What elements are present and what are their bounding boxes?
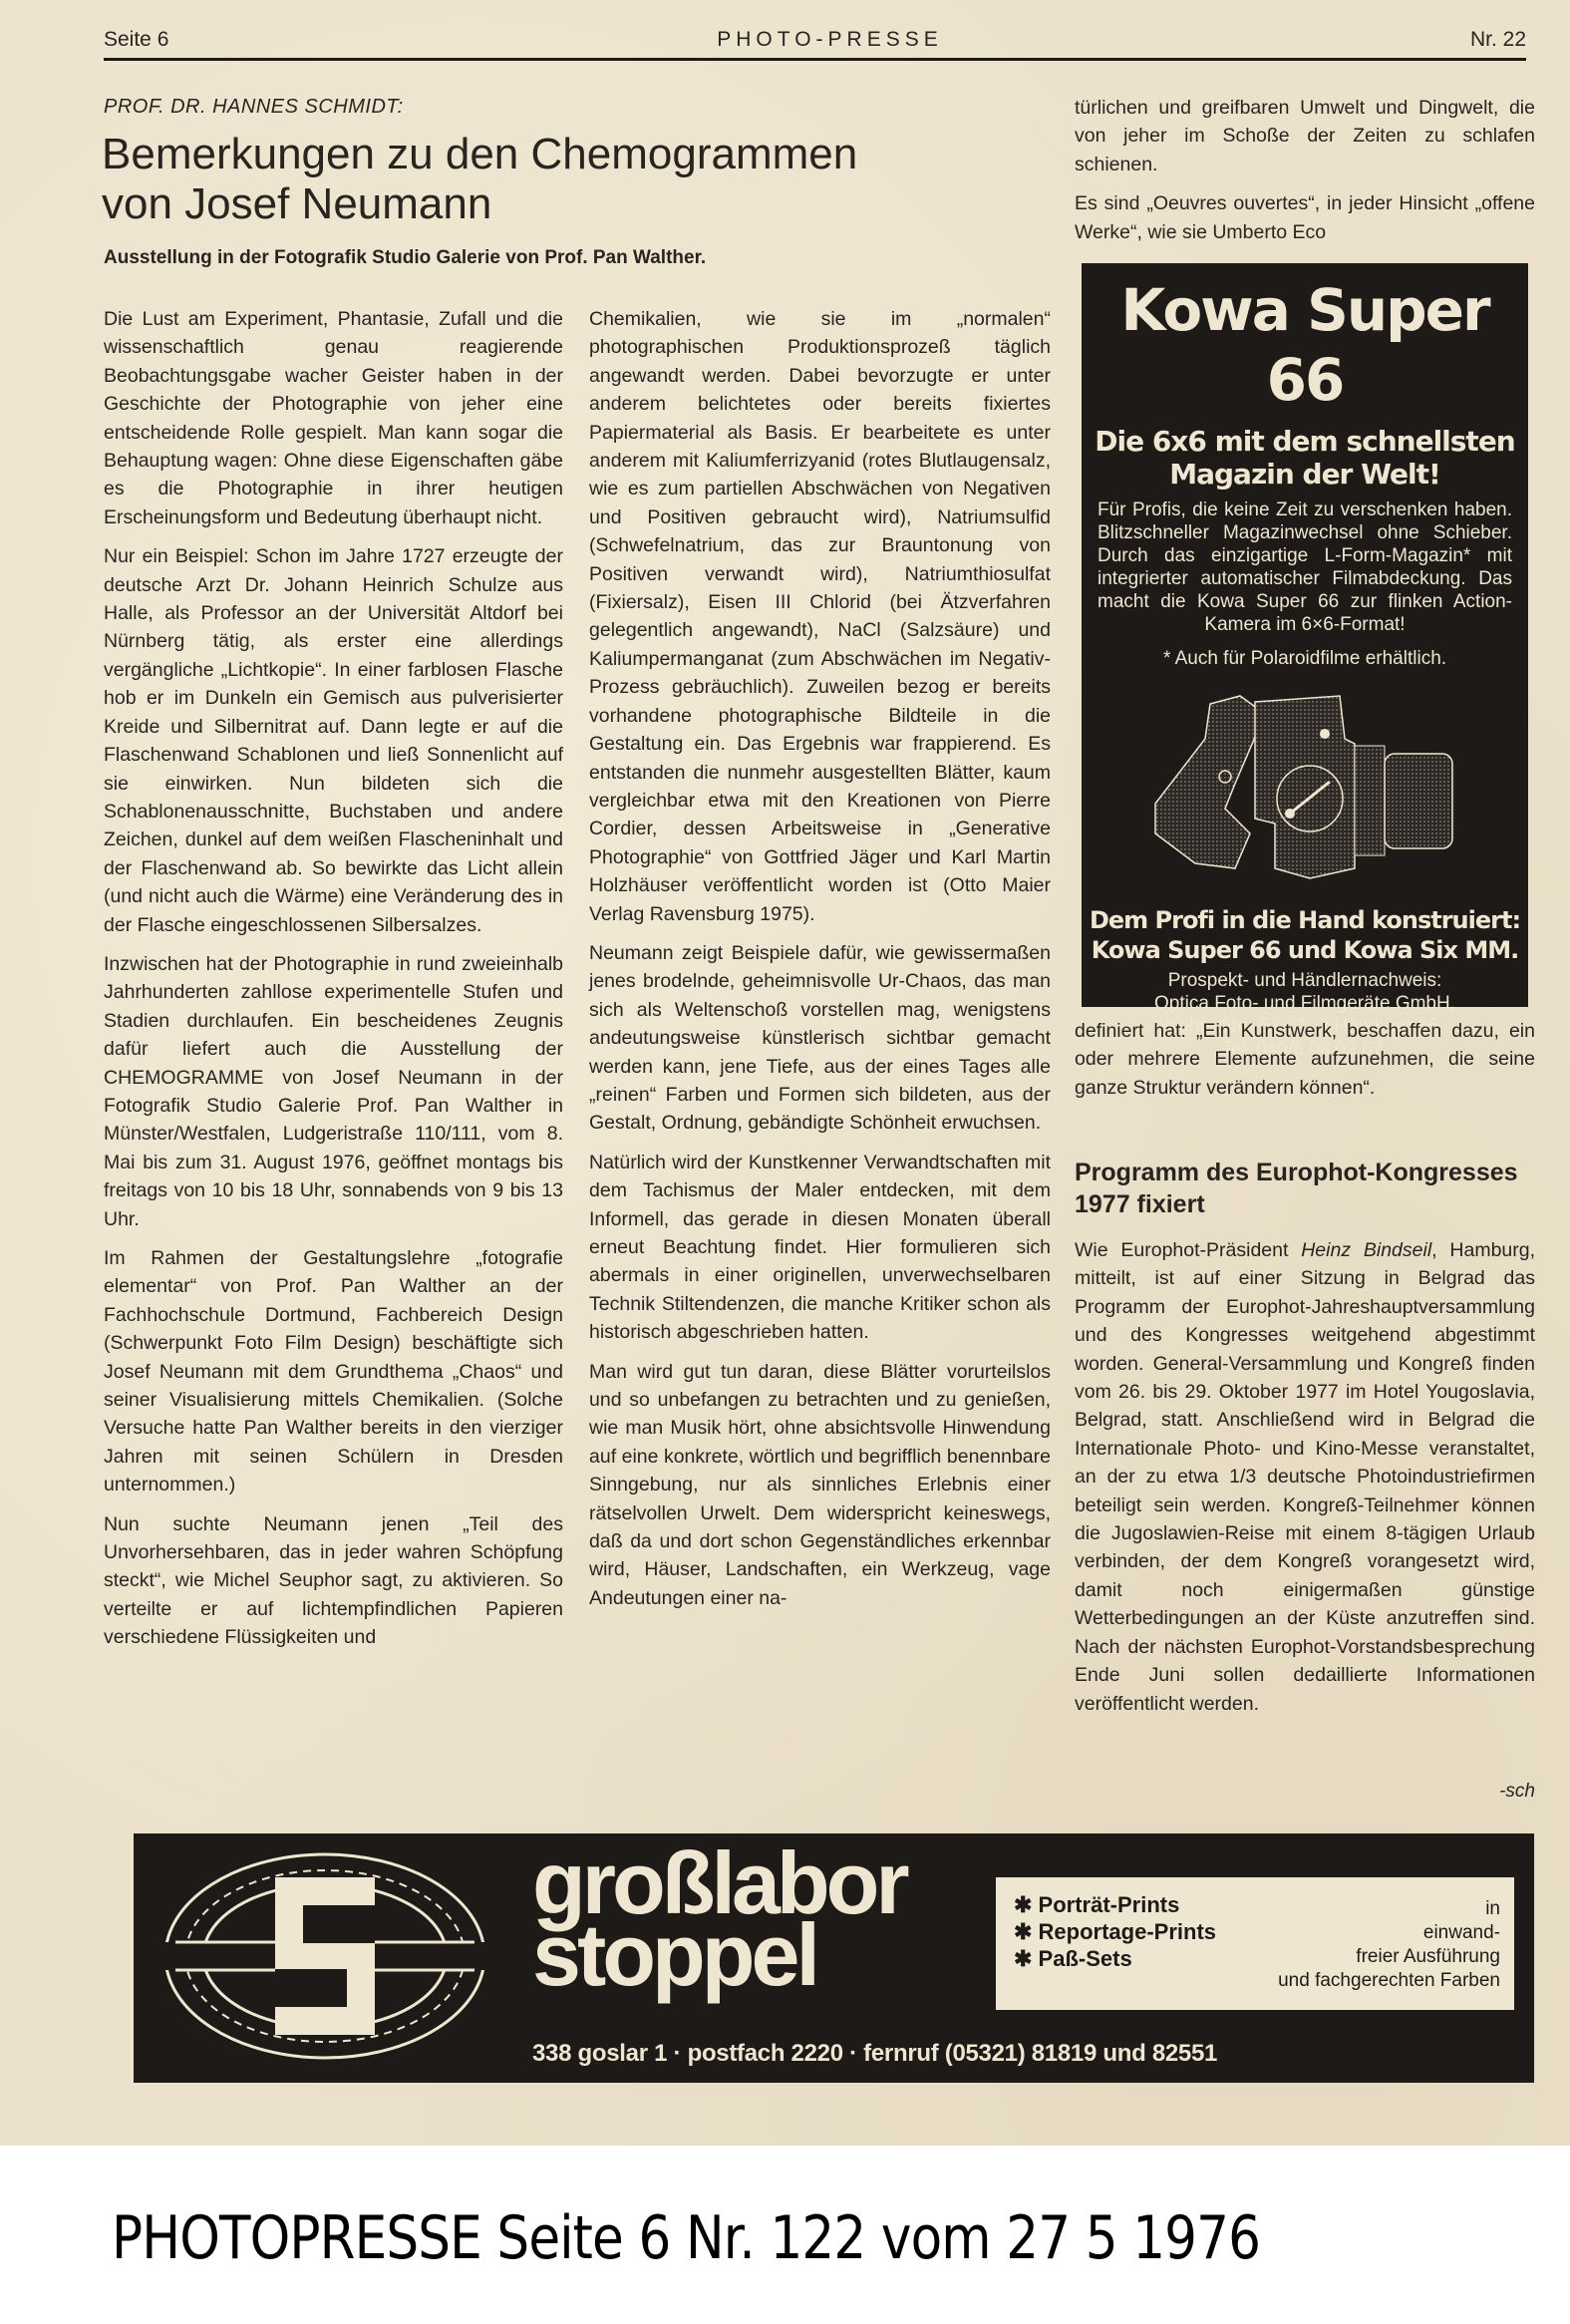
text: , Hamburg, mitteilt, ist auf einer Sitzu… [1075, 1239, 1535, 1715]
article-column-1: Die Lust am Experiment, Phantasie, Zufal… [104, 305, 563, 1663]
brand-line-2: stoppel [532, 1905, 816, 2004]
title-line-1: Bemerkungen zu den Chemogrammen [102, 130, 857, 178]
paragraph: Die Lust am Experiment, Phantasie, Zufal… [104, 305, 563, 531]
kowa-slogan: Dem Profi in die Hand konstruiert: Kowa … [1082, 905, 1528, 965]
paragraph: Natürlich wird der Kunstkenner Verwandts… [589, 1149, 1051, 1347]
article-byline: PROF. DR. HANNES SCHMIDT: [104, 96, 404, 119]
kowa-footnote: * Auch für Polaroidfilme erhältlich. [1082, 648, 1528, 670]
kowa-headline: Kowa Super 66 [1082, 275, 1528, 415]
article-subtitle: Ausstellung in der Fotografik Studio Gal… [104, 247, 706, 269]
note-line: und fachgerechten Farben [1278, 1969, 1500, 1993]
paragraph: Inzwischen hat der Photographie in rund … [104, 950, 563, 1233]
paragraph: Chemikalien, wie sie im „normalen“ photo… [589, 305, 1051, 928]
publication-name: PHOTO-PRESSE [104, 28, 1526, 52]
kowa-body: Für Profis, die keine Zeit zu verschenke… [1098, 498, 1512, 636]
note-line: in [1278, 1897, 1500, 1921]
paragraph: definiert hat: „Ein Kunstwerk, beschaffe… [1075, 1017, 1535, 1102]
paragraph: Man wird gut tun daran, diese Blätter vo… [589, 1358, 1051, 1613]
ad-address: 338 goslar 1 · postfach 2220 · fernruf (… [532, 2040, 1217, 2068]
europhot-article: Wie Europhot-Präsident Heinz Bindseil, H… [1075, 1236, 1535, 1729]
kowa-contact-line: Optica Foto- und Filmgeräte GmbH, [1154, 993, 1455, 1014]
note-line: einwand- [1278, 1921, 1500, 1945]
kowa-contact-line: Prospekt- und Händlernachweis: [1168, 970, 1442, 991]
person-name: Heinz Bindseil [1301, 1239, 1431, 1261]
article-column-3-top: türlichen und greifbaren Umwelt und Ding… [1075, 94, 1535, 257]
service-item: ✱ Reportage-Prints [1014, 1918, 1216, 1945]
paragraph: türlichen und greifbaren Umwelt und Ding… [1075, 94, 1535, 178]
page-header: Seite 6 PHOTO-PRESSE Nr. 22 [104, 28, 1526, 62]
archive-caption: PHOTOPRESSE Seite 6 Nr. 122 vom 27 5 197… [112, 2203, 1260, 2273]
note-line: freier Ausführung [1278, 1945, 1500, 1969]
stoppel-logo-icon [156, 1847, 494, 2065]
article-title: Bemerkungen zu den Chemogrammen von Jose… [102, 130, 959, 229]
paragraph: Wie Europhot-Präsident Heinz Bindseil, H… [1075, 1236, 1535, 1718]
kowa-tagline: Die 6x6 mit dem schnellsten Magazin der … [1082, 425, 1528, 491]
article-column-3-continued: definiert hat: „Ein Kunstwerk, beschaffe… [1075, 1017, 1535, 1113]
grosslabor-advertisement: großlabor stoppel ✱ Porträt-Prints ✱ Rep… [134, 1833, 1534, 2083]
quality-note: in einwand- freier Ausführung und fachge… [1278, 1897, 1500, 1993]
title-line-2: von Josef Neumann [102, 179, 491, 228]
kowa-slogan-line-2: Kowa Super 66 und Kowa Six MM. [1092, 936, 1518, 964]
paragraph: Es sind „Oeuvres ouvertes“, in jeder Hin… [1075, 189, 1535, 246]
service-item: ✱ Paß-Sets [1014, 1945, 1216, 1972]
service-list: ✱ Porträt-Prints ✱ Reportage-Prints ✱ Pa… [1014, 1891, 1216, 1972]
article-column-2: Chemikalien, wie sie im „normalen“ photo… [589, 305, 1051, 1623]
europhot-heading: Programm des Europhot-Kongresses 1977 fi… [1075, 1157, 1535, 1220]
paragraph: Nun suchte Neumann jenen „Teil des Unvor… [104, 1510, 563, 1652]
services-box: ✱ Porträt-Prints ✱ Reportage-Prints ✱ Pa… [996, 1877, 1514, 2010]
kowa-slogan-line-1: Dem Profi in die Hand konstruiert: [1090, 906, 1520, 934]
kowa-advertisement: Kowa Super 66 Die 6x6 mit dem schnellste… [1082, 263, 1528, 1007]
header-rule [104, 58, 1526, 61]
camera-photo-icon [1135, 684, 1474, 883]
author-signature: -sch [1415, 1781, 1535, 1803]
service-item: ✱ Porträt-Prints [1014, 1891, 1216, 1918]
paragraph: Neumann zeigt Beispiele dafür, wie gewis… [589, 939, 1051, 1138]
paragraph: Im Rahmen der Gestaltungslehre „fotograf… [104, 1244, 563, 1499]
paragraph: Nur ein Beispiel: Schon im Jahre 1727 er… [104, 542, 563, 939]
brand-name: großlabor stoppel [532, 1847, 906, 1991]
text: Wie Europhot-Präsident [1075, 1239, 1301, 1261]
issue-number: Nr. 22 [1470, 28, 1526, 52]
